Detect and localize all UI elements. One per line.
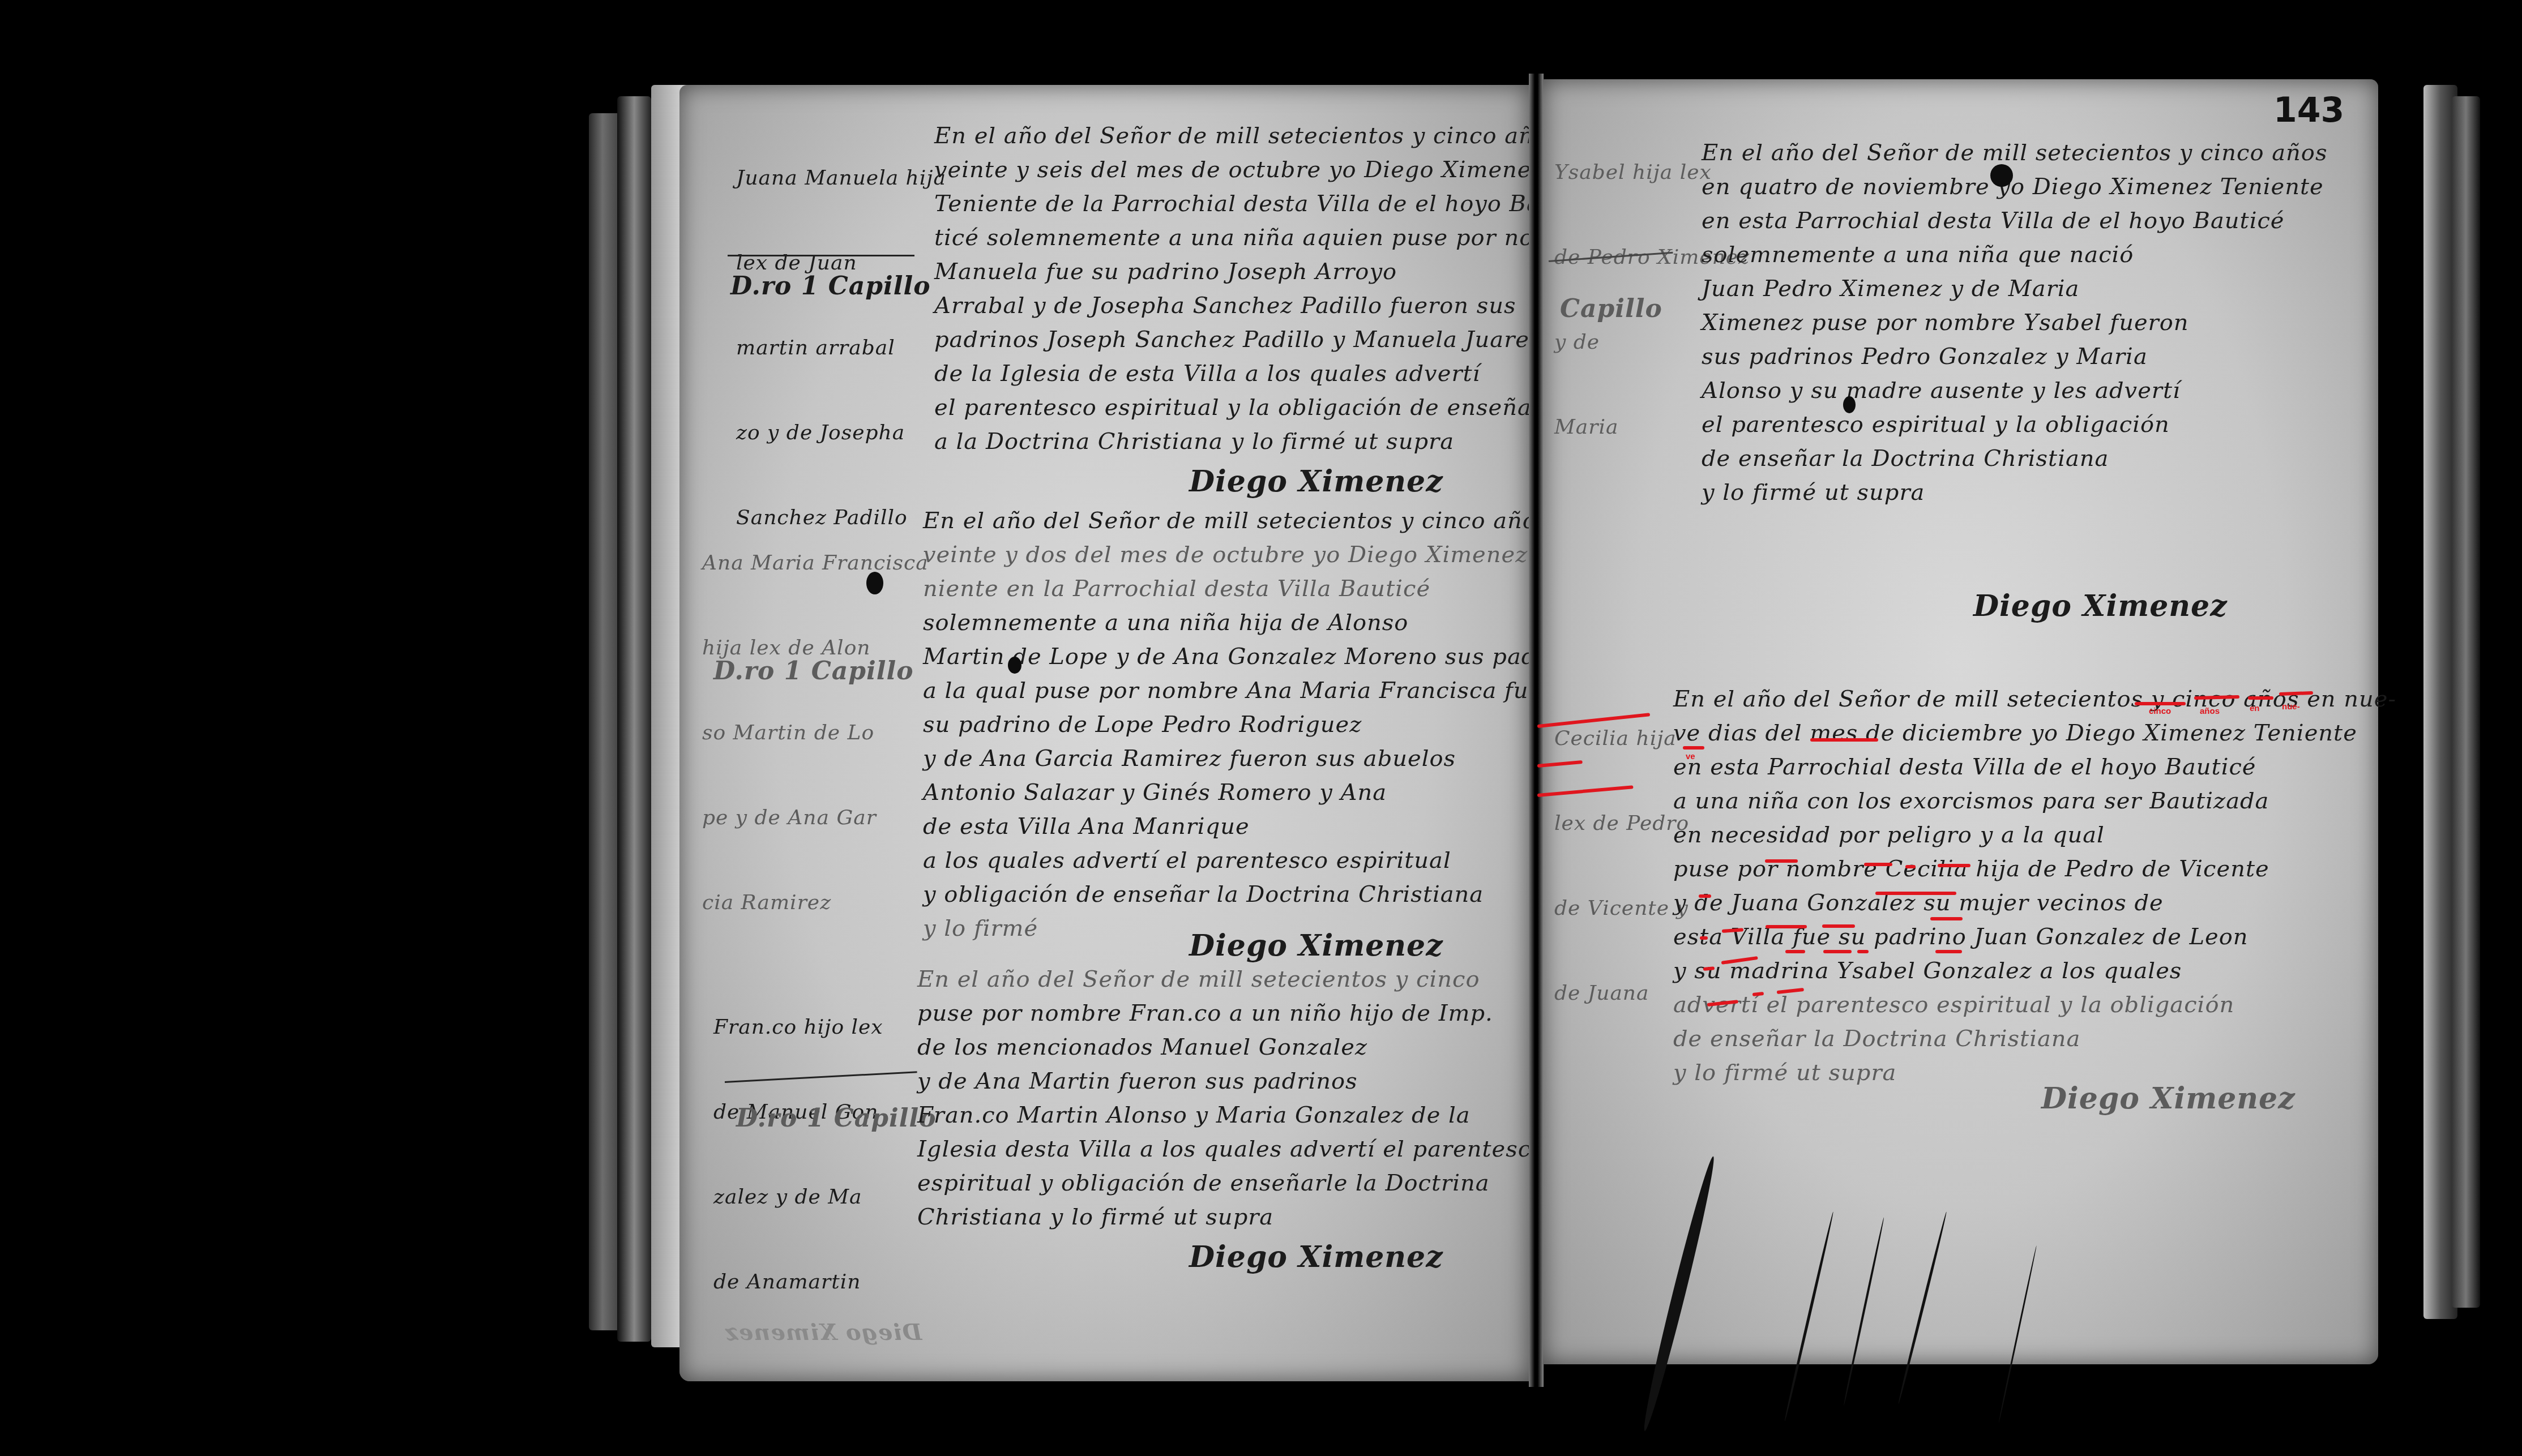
ink-blot [1990, 164, 2013, 187]
margin-line: lex de Pedro [1554, 810, 1689, 838]
text-line: a la qual puse por nombre Ana Maria Fran… [923, 679, 1542, 702]
annotation-underline-cecilia [1765, 859, 1798, 863]
annotation-underline [1875, 892, 1956, 895]
annotation-underline [1683, 746, 1704, 750]
annotation-label-anos: años [2200, 706, 2220, 716]
text-line: puse por nombre Fran.co a un niño hijo d… [917, 1002, 1493, 1025]
text-line: veinte y seis del mes de octubre yo Dieg… [934, 159, 1544, 181]
annotation-underline [1930, 917, 1963, 920]
text-line: y su madrina Ysabel Gonzalez a los quale… [1673, 960, 2182, 982]
text-line: esta Villa fue su padrino Juan Gonzalez … [1673, 926, 2249, 948]
annotation-underline [1699, 894, 1711, 898]
signature-right-entry-2: Diego Ximenez [2041, 1081, 2296, 1116]
annotation-underline [1785, 950, 1805, 953]
text-line: a una niña con los exorcismos para ser B… [1673, 790, 2269, 812]
text-line: a la Doctrina Christiana y lo firmé ut s… [934, 430, 1454, 453]
annotation-underline [1700, 936, 1708, 940]
text-line: ve dias del mes de diciembre yo Diego Xi… [1673, 722, 2357, 744]
margin-line: de Juana [1554, 979, 1689, 1008]
text-line: su padrino de Lope Pedro Rodriguez [923, 713, 1362, 736]
text-line: y obligación de enseñar la Doctrina Chri… [923, 883, 1484, 906]
text-line: espiritual y obligación de enseñarle la … [917, 1172, 1490, 1194]
text-line: el parentesco espiritual y la obligación [1702, 413, 2170, 436]
annotation-underline [1935, 950, 1962, 953]
text-line: sus padrinos Pedro Gonzalez y Maria [1702, 345, 2148, 368]
text-line: En el año del Señor de mill setecientos … [923, 509, 1586, 532]
annotation-underline [1822, 924, 1855, 928]
text-line: Alonso y su madre ausente y les advertí [1702, 379, 2181, 402]
margin-line: de Anamartin [713, 1268, 883, 1296]
margin-note-right-entry-2: Cecilia hija lex de Pedro de Vicente y d… [1554, 668, 1689, 1064]
text-line: en esta Parrochial desta Villa de el hoy… [1673, 756, 2256, 778]
ink-blot [1008, 657, 1021, 674]
book-gutter [1529, 74, 1544, 1387]
text-line: Ximenez puse por nombre Ysabel fueron [1702, 311, 2189, 334]
pen-stroke [1639, 1155, 1719, 1432]
pen-stroke [1784, 1211, 1835, 1421]
text-line: de enseñar la Doctrina Christiana [1673, 1027, 2080, 1050]
bleed-through-signature: Diego Ximenez [725, 1319, 922, 1346]
margin-line: Ana Maria Francisca [702, 549, 929, 577]
text-line: en quatro de noviembre yo Diego Ximenez … [1702, 175, 2324, 198]
annotation-label-nue: nue- [2282, 702, 2300, 712]
text-line: solemnemente a una niña que nació [1702, 243, 2134, 266]
text-line: Fran.co Martin Alonso y Maria Gonzalez d… [917, 1104, 1471, 1127]
margin-line: Fran.co hijo lex [713, 1013, 883, 1042]
text-line: En el año del Señor de mill setecientos … [917, 968, 1480, 991]
text-line: Juan Pedro Ximenez y de Maria [1702, 277, 2079, 300]
text-line: Teniente de la Parrochial desta Villa de… [934, 192, 1556, 215]
text-line: Antonio Salazar y Ginés Romero y Ana [923, 781, 1387, 804]
annotation-underline [1857, 950, 1869, 953]
margin-line: Juana Manuela hija [736, 164, 946, 192]
margin-note-entry-3: Fran.co hijo lex de Manuel Gon zalez y d… [713, 957, 883, 1353]
text-line: advertí el parentesco espiritual y la ob… [1673, 993, 2234, 1016]
text-line: puse por nombre Cecilia hija de Pedro de… [1673, 858, 2269, 880]
text-line: de enseñar la Doctrina Christiana [1702, 447, 2109, 470]
signature-entry-3: Diego Ximenez [1189, 1240, 1443, 1274]
margin-footer-entry-1: D.ro 1 Capillo [730, 272, 930, 301]
ink-blot [1843, 396, 1856, 413]
text-line: Arrabal y de Josepha Sanchez Padillo fue… [934, 294, 1516, 317]
annotation-underline [2135, 702, 2186, 705]
left-page: Juana Manuela hija lex de Juan martin ar… [679, 85, 1529, 1381]
margin-line: so Martin de Lo [702, 719, 929, 747]
text-line: de esta Villa Ana Manrique [923, 815, 1250, 838]
margin-line: zo y de Josepha [736, 419, 946, 447]
text-line: veinte y dos del mes de octubre yo Diego… [923, 543, 1563, 566]
annotation-underline [1938, 864, 1970, 867]
margin-footer-entry-2: D.ro 1 Capillo [713, 657, 913, 686]
book-leaf-edge [2452, 96, 2480, 1308]
text-line: Manuela fue su padrino Joseph Arroyo [934, 260, 1397, 283]
text-line: en esta Parrochial desta Villa de el hoy… [1702, 209, 2285, 232]
ink-blot [866, 572, 883, 594]
signature-entry-1: Diego Ximenez [1189, 464, 1443, 499]
pen-stroke [1998, 1245, 2037, 1423]
text-line: solemnemente a una niña hija de Alonso [923, 611, 1408, 634]
right-page: 143 Ysabel hija lex de Pedro Ximenez y d… [1543, 79, 2378, 1364]
text-line: en necesidad por peligro y a la qual [1673, 824, 2105, 846]
text-line: y de Juana Gonzalez su mujer vecinos de [1673, 892, 2164, 914]
text-line: Christiana y lo firmé ut supra [917, 1206, 1273, 1228]
margin-line: cia Ramirez [702, 889, 929, 917]
signature-entry-2: Diego Ximenez [1189, 928, 1443, 963]
margin-footer-entry-3: D.ro 1 Capillo [736, 1104, 936, 1133]
annotation-underline [1766, 925, 1807, 928]
text-line: y lo firmé [923, 917, 1038, 940]
text-line: de los mencionados Manuel Gonzalez [917, 1036, 1367, 1059]
text-line: y de Ana Garcia Ramirez fueron sus abuel… [923, 747, 1456, 770]
text-line: padrinos Joseph Sanchez Padillo y Manuel… [934, 328, 1542, 351]
margin-note-entry-2: Ana Maria Francisca hija lex de Alon so … [702, 493, 929, 974]
text-line: En el año del Señor de mill setecientos … [1702, 142, 2327, 164]
annotation-label-ve: ve [1686, 752, 1695, 761]
margin-divider [728, 255, 914, 256]
annotation-label-en: en [2250, 704, 2260, 713]
margin-line: martin arrabal [736, 334, 946, 362]
margin-line: zalez y de Ma [713, 1183, 883, 1211]
margin-line: de Vicente y [1554, 894, 1689, 923]
signature-right-entry-1: Diego Ximenez [1973, 589, 2228, 623]
text-line: el parentesco espiritual y la obligación… [934, 396, 1543, 419]
text-line: de la Iglesia de esta Villa a los quales… [934, 362, 1480, 385]
text-line: niente en la Parrochial desta Villa Baut… [923, 577, 1430, 600]
annotation-underline-diciembre [1810, 738, 1878, 742]
annotation-underline [1905, 865, 1916, 868]
book-leaf-edge [617, 96, 651, 1342]
text-line: En el año del Señor de mill setecientos … [934, 125, 1560, 147]
annotation-underline [2248, 696, 2273, 700]
annotation-label-cinco: cinco [2149, 706, 2171, 716]
text-line: a los quales advertí el parentesco espir… [923, 849, 1451, 872]
margin-line: pe y de Ana Gar [702, 804, 929, 832]
text-line: y lo firmé ut supra [1673, 1061, 1896, 1084]
text-line: y lo firmé ut supra [1702, 481, 1925, 504]
page-number: 143 [2273, 91, 2344, 130]
annotation-underline [1864, 863, 1892, 866]
text-line: Iglesia desta Villa a los quales advertí… [917, 1138, 1545, 1160]
text-line: y de Ana Martin fueron sus padrinos [917, 1070, 1358, 1093]
margin-line: Cecilia hija [1554, 725, 1689, 753]
annotation-underline [1823, 950, 1852, 953]
margin-footer-right-entry-1: Capillo [1560, 294, 1662, 323]
document-viewer: Juana Manuela hija lex de Juan martin ar… [0, 0, 2522, 1456]
